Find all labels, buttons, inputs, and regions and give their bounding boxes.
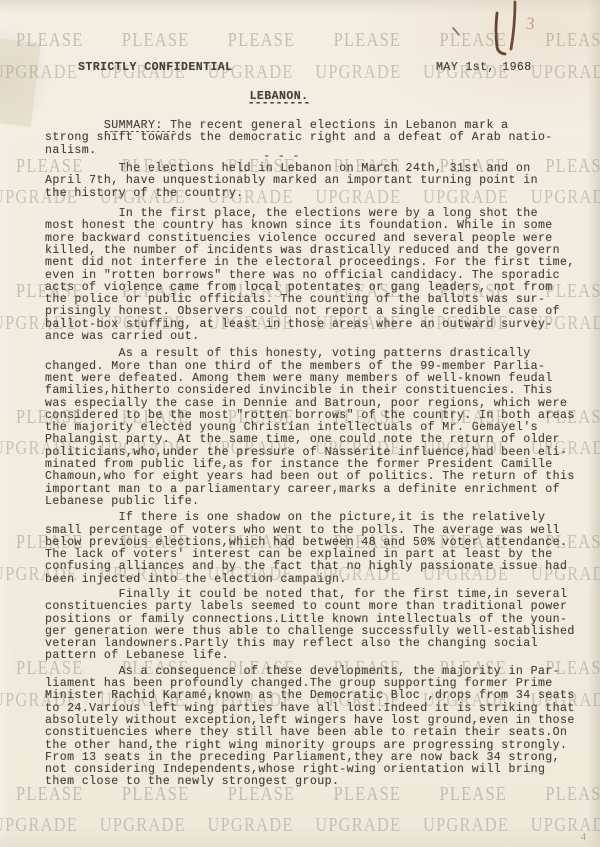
watermark-word: UPGRADE <box>315 62 401 82</box>
watermark-word: UPGRADE <box>531 62 600 82</box>
paragraph: Finally it could be noted that, for the … <box>45 589 590 663</box>
section-separator: - - - <box>9 151 554 163</box>
watermark-word: UPGRADE <box>208 815 294 835</box>
watermark-word: PLEASE <box>545 30 600 50</box>
paragraph: In the first place, the elections were b… <box>45 208 590 343</box>
body-text: SUMMARY: The recent general elections in… <box>45 120 590 789</box>
watermark-word: UPGRADE <box>315 815 401 835</box>
watermark-word: UPGRADE <box>531 815 600 835</box>
pen-numeral-3: 3 <box>525 14 536 35</box>
paper-fold-patch <box>0 37 41 127</box>
watermark-word: PLEASE <box>122 30 190 50</box>
classification-label: STRICTLY CONFIDENTIAL <box>78 62 233 74</box>
paragraph: The elections held in Lebanon on March 2… <box>45 163 590 200</box>
watermark-word: PLEASE <box>440 30 508 50</box>
watermark-word: PLEASE <box>228 30 296 50</box>
corner-pencil-mark: 4 <box>581 832 586 843</box>
date-label: MAY 1st, 1968 <box>436 62 532 74</box>
paragraph: If there is one shadow on the picture,it… <box>45 512 590 586</box>
body-paragraphs: The elections held in Lebanon on March 2… <box>45 163 590 789</box>
watermark-word: UPGRADE <box>0 815 78 835</box>
watermark-row: UPGRADEUPGRADEUPGRADEUPGRADEUPGRADEUPGRA… <box>0 815 600 835</box>
watermark-word: PLEASE <box>334 30 402 50</box>
title-underline: --------- <box>9 98 549 110</box>
watermark-word: UPGRADE <box>423 815 509 835</box>
watermark-word: UPGRADE <box>100 815 186 835</box>
document-page: PLEASEPLEASEPLEASEPLEASEPLEASEPLEASEUPGR… <box>0 0 600 847</box>
watermark-row: PLEASEPLEASEPLEASEPLEASEPLEASEPLEASE <box>16 30 600 50</box>
paragraph: As a result of this honesty, voting patt… <box>45 348 590 508</box>
paragraph: As a consequence of these developments, … <box>45 666 590 789</box>
summary-underline <box>105 131 175 132</box>
